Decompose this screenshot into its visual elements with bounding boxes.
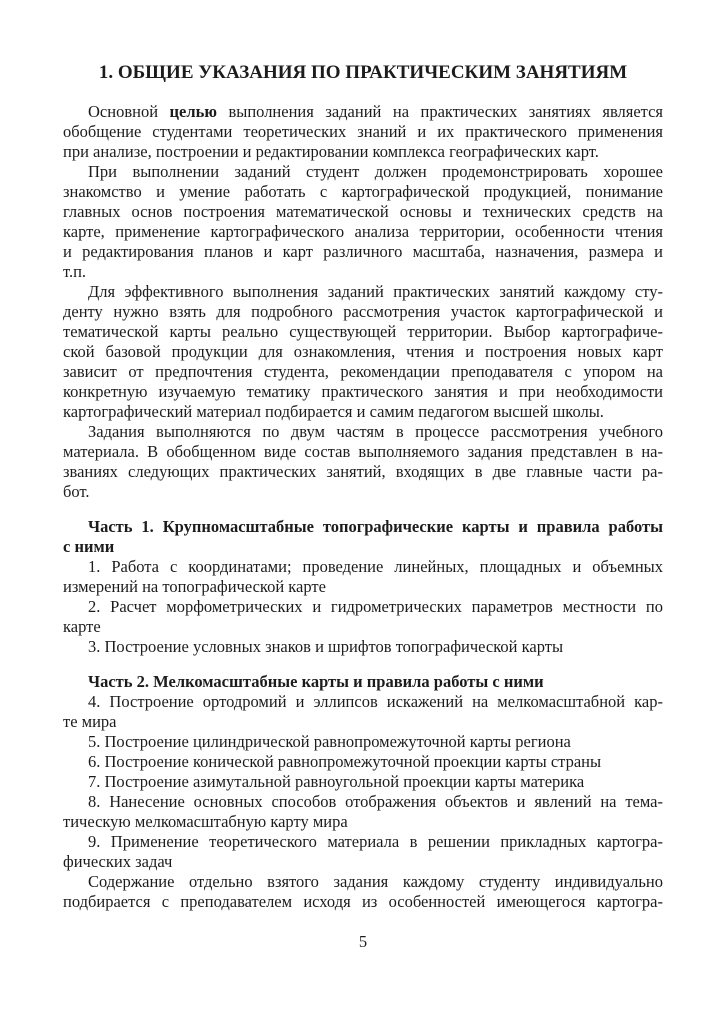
paragraph: 6. Построение конической равнопромежуточ… bbox=[63, 752, 663, 772]
paragraph: 1. Работа с координатами; проведение лин… bbox=[63, 557, 663, 597]
text-line: зависит от предпочтения студента, рекоме… bbox=[63, 362, 663, 382]
paragraph: Для эффективного выполнения заданий прак… bbox=[63, 282, 663, 422]
paragraph: 8. Нанесение основных способов отображен… bbox=[63, 792, 663, 832]
text-line: 3. Построение условных знаков и шрифтов … bbox=[63, 637, 663, 657]
text-line: и редактирования планов и карт различног… bbox=[63, 242, 663, 262]
text-line: карте bbox=[63, 617, 663, 637]
text-line: 5. Построение цилиндрической равнопромеж… bbox=[63, 732, 663, 752]
text-line: конкретную изучаемую тематику практическ… bbox=[63, 382, 663, 402]
text-line: при анализе, построении и редактировании… bbox=[63, 142, 663, 162]
text-line: Задания выполняются по двум частям в про… bbox=[63, 422, 663, 442]
text-line: Часть 1. Крупномасштабные топографически… bbox=[63, 517, 663, 537]
chapter-title: 1. ОБЩИЕ УКАЗАНИЯ ПО ПРАКТИЧЕСКИМ ЗАНЯТИ… bbox=[63, 60, 663, 86]
page-number: 5 bbox=[63, 932, 663, 952]
paragraph: 5. Построение цилиндрической равнопромеж… bbox=[63, 732, 663, 752]
text-line: измерений на топографической карте bbox=[63, 577, 663, 597]
text-line: фических задач bbox=[63, 852, 663, 872]
text-line: денту нужно взять для подробного рассмот… bbox=[63, 302, 663, 322]
paragraph: 2. Расчет морфометрических и гидрометрич… bbox=[63, 597, 663, 637]
paragraph: 9. Применение теоретического материала в… bbox=[63, 832, 663, 872]
text-line: Основной целью выполнения заданий на пра… bbox=[63, 102, 663, 122]
text-line: Часть 2. Мелкомасштабные карты и правила… bbox=[63, 672, 663, 692]
paragraph: При выполнении заданий студент должен пр… bbox=[63, 162, 663, 282]
text-line: главных основ построения математической … bbox=[63, 202, 663, 222]
text-line: Для эффективного выполнения заданий прак… bbox=[63, 282, 663, 302]
text-line: знакомство и умение работать с картограф… bbox=[63, 182, 663, 202]
paragraph: 4. Построение ортодромий и эллипсов иска… bbox=[63, 692, 663, 732]
text-line: званиях следующих практических занятий, … bbox=[63, 462, 663, 482]
document-page: 1. ОБЩИЕ УКАЗАНИЯ ПО ПРАКТИЧЕСКИМ ЗАНЯТИ… bbox=[0, 0, 724, 1024]
text-line: материала. В обобщенном виде состав выпо… bbox=[63, 442, 663, 462]
text-line: 8. Нанесение основных способов отображен… bbox=[63, 792, 663, 812]
text-line: т.п. bbox=[63, 262, 663, 282]
emphasized-text: целью bbox=[170, 102, 217, 121]
text-line: обобщение студентами теоретических знани… bbox=[63, 122, 663, 142]
text-line: 1. Работа с координатами; проведение лин… bbox=[63, 557, 663, 577]
text-line: 9. Применение теоретического материала в… bbox=[63, 832, 663, 852]
text-line: подбирается с преподавателем исходя из о… bbox=[63, 892, 663, 912]
text-line: Содержание отдельно взятого задания кажд… bbox=[63, 872, 663, 892]
text-line: ской базовой продукции для ознакомления,… bbox=[63, 342, 663, 362]
text-line: тематической карты реально существующей … bbox=[63, 322, 663, 342]
text-line: 7. Построение азимутальной равноугольной… bbox=[63, 772, 663, 792]
paragraph: 7. Построение азимутальной равноугольной… bbox=[63, 772, 663, 792]
paragraph: Основной целью выполнения заданий на пра… bbox=[63, 102, 663, 162]
section-heading: Часть 1. Крупномасштабные топографически… bbox=[63, 517, 663, 557]
text-line: 6. Построение конической равнопромежуточ… bbox=[63, 752, 663, 772]
document-body: Основной целью выполнения заданий на пра… bbox=[63, 102, 663, 912]
text-line: 4. Построение ортодромий и эллипсов иска… bbox=[63, 692, 663, 712]
text-line: картографический материал подбирается и … bbox=[63, 402, 663, 422]
text-line: 2. Расчет морфометрических и гидрометрич… bbox=[63, 597, 663, 617]
text-segment: выполнения заданий на практических занят… bbox=[217, 102, 663, 121]
text-line: тическую мелкомасштабную карту мира bbox=[63, 812, 663, 832]
text-segment: Основной bbox=[88, 102, 170, 121]
paragraph: Задания выполняются по двум частям в про… bbox=[63, 422, 663, 502]
text-line: те мира bbox=[63, 712, 663, 732]
text-line: бот. bbox=[63, 482, 663, 502]
paragraph: Содержание отдельно взятого задания кажд… bbox=[63, 872, 663, 912]
paragraph: 3. Построение условных знаков и шрифтов … bbox=[63, 637, 663, 657]
text-line: При выполнении заданий студент должен пр… bbox=[63, 162, 663, 182]
text-line: с ними bbox=[63, 537, 663, 557]
text-line: карте, применение картографического анал… bbox=[63, 222, 663, 242]
section-heading: Часть 2. Мелкомасштабные карты и правила… bbox=[63, 672, 663, 692]
